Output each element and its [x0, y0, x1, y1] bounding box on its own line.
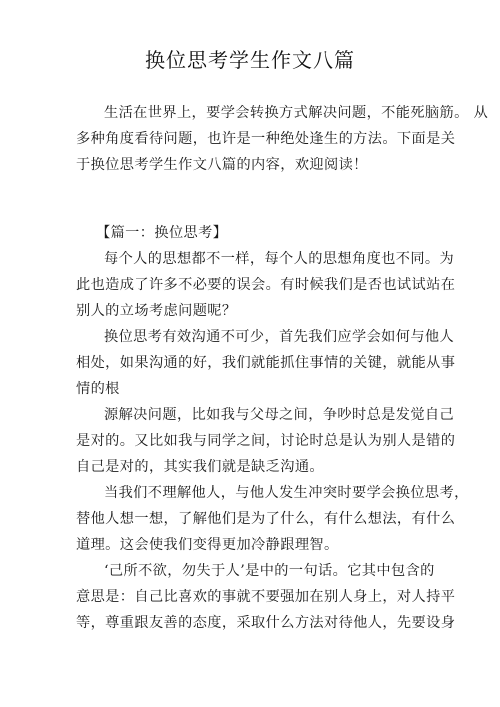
text-line: 此也造成了许多不必要的误会。有时候我们是否也试试站在 [76, 272, 430, 298]
intro-paragraph: 生活在世界上，要学会转换方式解决问题，不能死脑筋。 从 多种角度看待问题，也许是… [76, 100, 430, 178]
paragraph: 每个人的思想都不一样，每个人的思想角度也不同。为 此也造成了许多不必要的误会。有… [76, 246, 430, 324]
text-line: 意思是：自己比喜欢的事就不要强加在别人身上，对人持平 [76, 584, 430, 610]
document-title: 换位思考学生作文八篇 [0, 44, 500, 73]
text-line: 于换位思考学生作文八篇的内容，欢迎阅读！ [76, 152, 430, 178]
document-page: 换位思考学生作文八篇 生活在世界上，要学会转换方式解决问题，不能死脑筋。 从 多… [0, 0, 500, 707]
text-line: 自己是对的，其实我们就是缺乏沟通。 [76, 454, 430, 480]
section-heading: 【篇一：换位思考】 [76, 220, 430, 246]
text-line: 换位思考有效沟通不可少，首先我们应学会如何与他人 [76, 324, 430, 350]
text-line: 生活在世界上，要学会转换方式解决问题，不能死脑筋。 从 [76, 100, 430, 126]
text-line: 是对的。又比如我与同学之间，讨论时总是认为别人是错的 [76, 428, 430, 454]
text-line: ‘己所不欲，勿失于人’是中的一句话。它其中包含的 [76, 558, 430, 584]
text-line: 相处，如果沟通的好，我们就能抓住事情的关键，就能从事 [76, 350, 430, 376]
text-line: 每个人的思想都不一样，每个人的思想角度也不同。为 [76, 246, 430, 272]
text-line: 别人的立场考虑问题呢？ [76, 298, 430, 324]
paragraph: ‘己所不欲，勿失于人’是中的一句话。它其中包含的 意思是：自己比喜欢的事就不要强… [76, 558, 430, 636]
spacer [76, 204, 430, 220]
text-line: 多种角度看待问题，也许是一种绝处逢生的方法。下面是关 [76, 126, 430, 152]
paragraph: 源解决问题，比如我与父母之间，争吵时总是发觉自己 是对的。又比如我与同学之间，讨… [76, 402, 430, 480]
text-line: 替他人想一想，了解他们是为了什么，有什么想法，有什么 [76, 506, 430, 532]
text-line: 道理。这会使我们变得更加冷静跟理智。 [76, 532, 430, 558]
text-line: 当我们不理解他人，与他人发生冲突时要学会换位思考， [76, 480, 430, 506]
paragraph: 当我们不理解他人，与他人发生冲突时要学会换位思考， 替他人想一想，了解他们是为了… [76, 480, 430, 558]
text-line: 情的根 [76, 376, 430, 402]
paragraph: 换位思考有效沟通不可少，首先我们应学会如何与他人 相处，如果沟通的好，我们就能抓… [76, 324, 430, 402]
spacer [76, 178, 430, 204]
text-line: 等，尊重跟友善的态度，采取什么方法对待他人，先要设身 [76, 610, 430, 636]
document-body: 生活在世界上，要学会转换方式解决问题，不能死脑筋。 从 多种角度看待问题，也许是… [76, 100, 430, 636]
text-line: 源解决问题，比如我与父母之间，争吵时总是发觉自己 [76, 402, 430, 428]
